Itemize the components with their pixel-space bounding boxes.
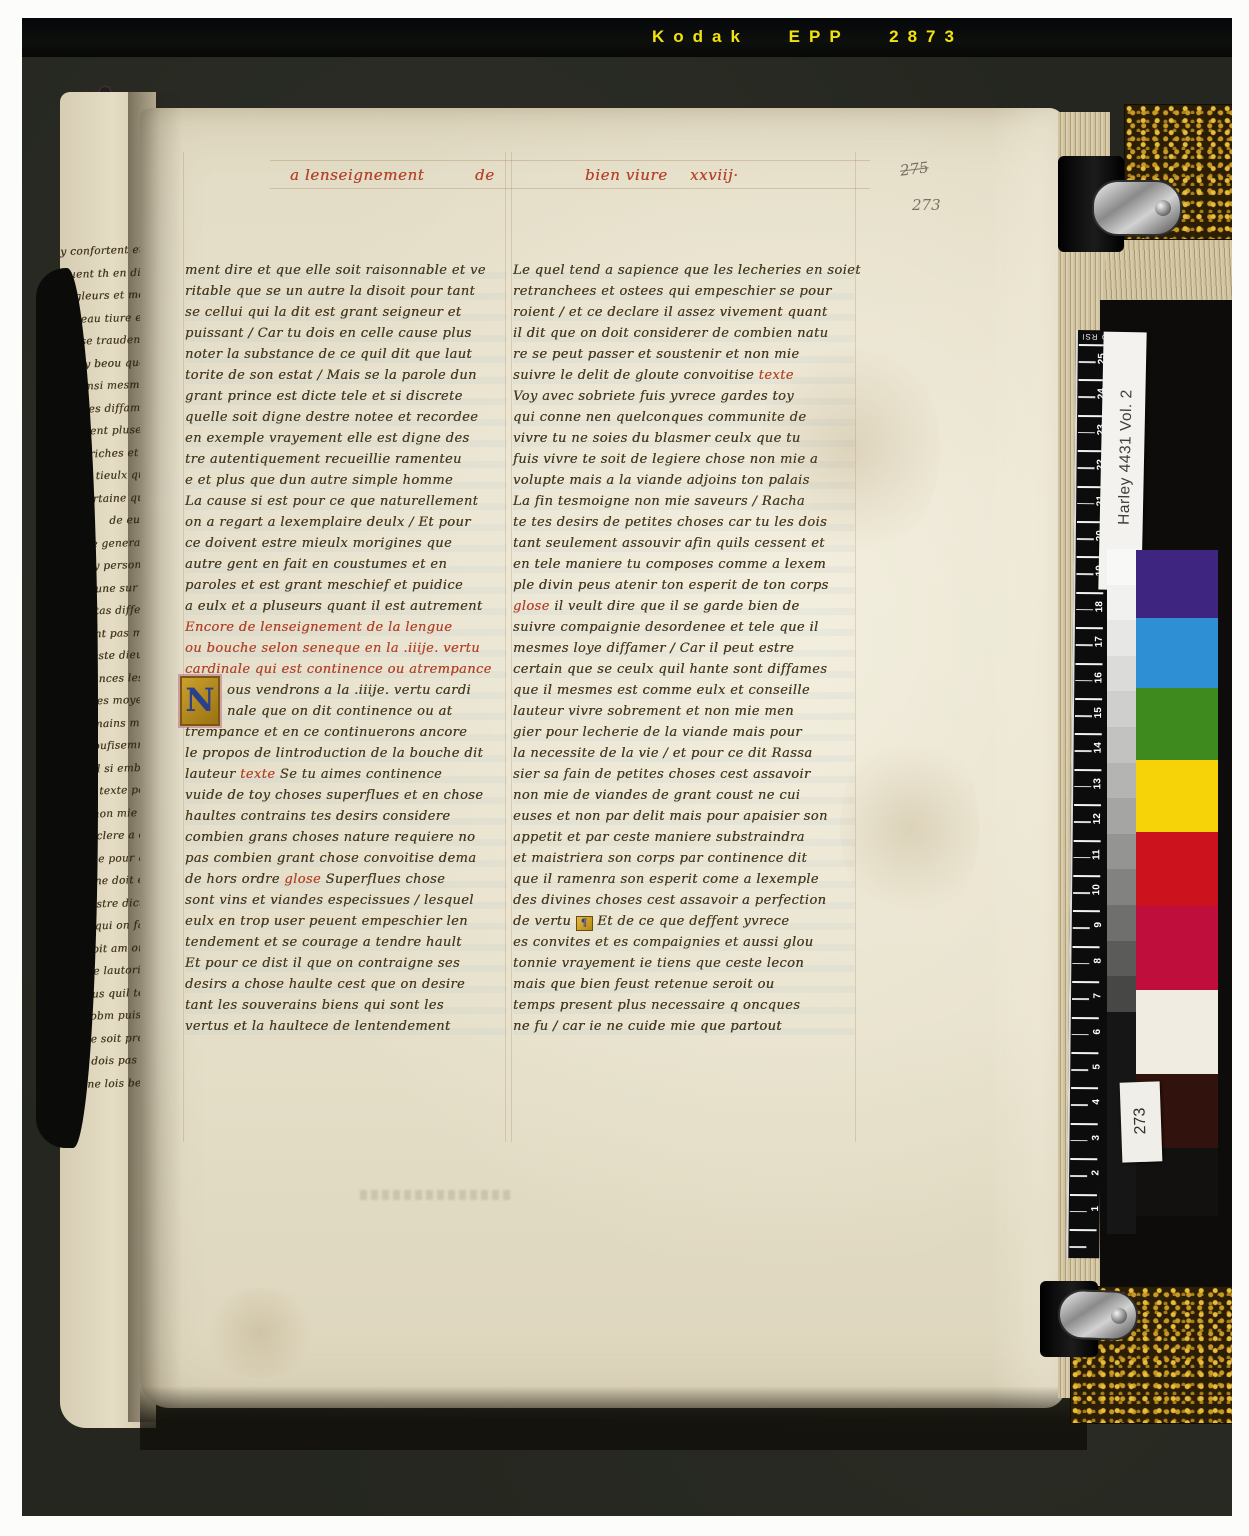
script-text: le propos de lintroduction de la bouche … — [185, 746, 483, 761]
color-patch-crimson — [1136, 906, 1218, 990]
ruler-number: 15 — [1093, 707, 1104, 718]
ruler-cm-mark: 13 — [1073, 769, 1104, 805]
manuscript-line: le propos de lintroduction de la bouche … — [185, 743, 507, 764]
manuscript-line: autre gent en fait en coustumes et en — [185, 554, 507, 575]
ruler-cm-mark: 12 — [1073, 804, 1104, 840]
script-text: se cellui qui la dit est grant seigneur … — [185, 305, 461, 320]
script-text: puissant / Car tu dois en celle cause pl… — [185, 326, 472, 341]
manuscript-line: tant les souverains biens qui sont les — [185, 995, 507, 1016]
page-bottom-shadow — [140, 1386, 1087, 1450]
script-text: il veult dire que il se garde bien de — [550, 599, 800, 614]
manuscript-line: trempance et en ce continuerons ancore — [185, 722, 507, 743]
script-text: combien grans choses nature requiere no — [185, 830, 475, 845]
color-patch-yellow — [1136, 760, 1218, 832]
manuscript-line: La cause si est pour ce que naturellemen… — [185, 491, 507, 512]
rubric-text: texte — [240, 767, 275, 782]
script-text: sont vins et viandes especissues / lesqu… — [185, 893, 474, 908]
ruler-number: 2 — [1091, 1170, 1102, 1176]
manuscript-line: e et plus que dun autre simple homme — [185, 470, 507, 491]
rubric-text: Encore de lenseignement de la lengue — [185, 620, 452, 635]
script-text: et maistriera son corps par continence d… — [513, 851, 807, 866]
ruler-cm-mark: 17 — [1075, 627, 1106, 663]
script-text: Et pour ce dist il que on contraigne ses — [185, 956, 460, 971]
script-text: lauteur vivre sobrement et non mie men — [513, 704, 794, 719]
script-text: ritable que se un autre la disoit pour t… — [185, 284, 475, 299]
script-text: grant prince est dicte tele et si discre… — [185, 389, 463, 404]
manuscript-line: glose il veult dire que il se garde bien… — [513, 596, 855, 617]
script-text: re se peut passer et soustenir et non mi… — [513, 347, 799, 362]
manuscript-line: Le quel tend a sapience que les lecherie… — [513, 260, 855, 281]
parchment-stain — [200, 1288, 320, 1378]
gray-step — [1107, 869, 1136, 905]
running-header-part1: a lenseignement — [290, 166, 424, 184]
manuscript-photograph: Kodak EPP 2873 es y confortent et lesmoq… — [0, 0, 1249, 1536]
film-strip-label: Kodak EPP 2873 — [652, 27, 963, 47]
manuscript-line: roient / et ce declare il assez vivement… — [513, 302, 855, 323]
photo-area: Kodak EPP 2873 es y confortent et lesmoq… — [22, 18, 1232, 1516]
ruler-cm-mark: 9 — [1072, 910, 1103, 946]
manuscript-line: grant prince est dicte tele et si discre… — [185, 386, 507, 407]
script-text: ous vendrons a la .iiije. vertu cardi — [227, 683, 471, 698]
ruler-number: 3 — [1091, 1135, 1102, 1141]
gray-step — [1107, 691, 1136, 727]
manuscript-line: Encore de lenseignement de la lengue — [185, 617, 507, 638]
script-text: La cause si est pour ce que naturellemen… — [185, 494, 478, 509]
script-text: torite de son estat / Mais se la parole … — [185, 368, 477, 383]
script-text: es convites et es compaignies et aussi g… — [513, 935, 813, 950]
manuscript-line: quelle soit digne destre notee et record… — [185, 407, 507, 428]
manuscript-line: la necessite de la vie / et pour ce dit … — [513, 743, 855, 764]
manuscript-line: noter la substance de ce quil dit que la… — [185, 344, 507, 365]
parchment-stain — [840, 728, 980, 928]
manuscript-line: tendement et se courage a tendre hault — [185, 932, 507, 953]
script-text: Et de ce que deffent yvrece — [593, 914, 790, 929]
script-text: il dit que on doit considerer de combien… — [513, 326, 828, 341]
binder-clip-top-handle — [1092, 180, 1182, 236]
script-text: noter la substance de ce quil dit que la… — [185, 347, 472, 362]
running-header-part4: xxviij· — [690, 166, 739, 184]
script-text: tant seulement assouvir afin quils cesse… — [513, 536, 825, 551]
manuscript-line: il dit que on doit considerer de combien… — [513, 323, 855, 344]
manuscript-line: euses et non par delit mais pour apaisie… — [513, 806, 855, 827]
script-text: tendement et se courage a tendre hault — [185, 935, 462, 950]
ruler-cm-mark: 2 — [1069, 1158, 1100, 1194]
manuscript-line: ple divin peus atenir ton esperit de ton… — [513, 575, 855, 596]
ruling-line — [855, 152, 856, 1142]
color-patch-purple — [1136, 550, 1218, 618]
folio-tag-text: 273 — [1131, 1081, 1152, 1162]
script-text: Se tu aimes continence — [275, 767, 442, 782]
script-text: nale que on dit continence ou at — [227, 704, 452, 719]
script-text: tant les souverains biens qui sont les — [185, 998, 444, 1013]
script-text: ment dire et que elle soit raisonnable e… — [185, 263, 486, 278]
ruler-number: 10 — [1091, 884, 1102, 895]
manuscript-line: desirs a chose haulte cest que on desire — [185, 974, 507, 995]
gray-step — [1107, 585, 1136, 621]
manuscript-line: ce doivent estre mieulx morigines que — [185, 533, 507, 554]
script-text: la necessite de la vie / et pour ce dit … — [513, 746, 812, 761]
manuscript-line: en tele maniere tu composes comme a lexe… — [513, 554, 855, 575]
ruler-cm-mark: 18 — [1075, 592, 1106, 628]
parchment-stain — [760, 328, 940, 568]
manuscript-line: combien grans choses nature requiere no — [185, 827, 507, 848]
script-text: euses et non par delit mais pour apaisie… — [513, 809, 828, 824]
script-text: suivre le delit de gloute convoitise — [513, 368, 759, 383]
ruler-number: 14 — [1093, 743, 1104, 754]
shadow-wedge — [36, 268, 98, 1148]
ruler-cm-mark: 16 — [1074, 663, 1105, 699]
manuscript-line: vuide de toy choses superflues et en cho… — [185, 785, 507, 806]
script-text: autre gent en fait en coustumes et en — [185, 557, 447, 572]
ruler-number: 17 — [1094, 636, 1105, 647]
script-text: vertus et la haultece de lentendement — [185, 1019, 451, 1034]
manuscript-line: eulx en trop user peuent empeschier len — [185, 911, 507, 932]
ruler-number: 13 — [1092, 778, 1103, 789]
manuscript-line: que il mesmes est comme eulx et conseill… — [513, 680, 855, 701]
script-text: on a regart a lexemplaire deulx / Et pou… — [185, 515, 471, 530]
running-header-part3: bien viure — [585, 166, 668, 184]
rubric-text: glose — [284, 872, 321, 887]
script-text: desirs a chose haulte cest que on desire — [185, 977, 465, 992]
ruler-number: 12 — [1092, 813, 1103, 824]
script-text: ne fu / car ie ne cuide mie que partout — [513, 1019, 782, 1034]
manuscript-line: de hors ordre glose Superflues chose — [185, 869, 507, 890]
grayscale-wedge — [1107, 549, 1136, 1012]
folio-tag-label: 273 — [1120, 1081, 1163, 1162]
ruler-number: 9 — [1093, 922, 1104, 928]
ruler-cm-mark: 1 — [1069, 1194, 1100, 1230]
rubric-text: glose — [513, 599, 550, 614]
manuscript-line: lauteur texte Se tu aimes continence — [185, 764, 507, 785]
script-text: pas combien grant chose convoitise dema — [185, 851, 476, 866]
ruler-cm-mark: 3 — [1069, 1123, 1100, 1159]
script-text: non mie de viandes de grant coust ne cui — [513, 788, 800, 803]
script-text: lauteur — [185, 767, 240, 782]
script-text: appetit et par ceste maniere substraindr… — [513, 830, 805, 845]
ruling-line — [511, 152, 512, 1142]
ruler-number: 8 — [1093, 958, 1104, 964]
script-text: vivre tu ne soies du blasmer ceulx que t… — [513, 431, 801, 446]
script-text: de vertu — [513, 914, 576, 929]
ruler-cm-mark: 4 — [1070, 1087, 1101, 1123]
gray-step — [1107, 763, 1136, 799]
manuscript-line: sont vins et viandes especissues / lesqu… — [185, 890, 507, 911]
ruler-cm-mark: 5 — [1070, 1052, 1101, 1088]
ruling-line — [270, 188, 870, 189]
script-text: de hors ordre — [185, 872, 284, 887]
ruler-number: 5 — [1092, 1064, 1103, 1070]
script-text: vuide de toy choses superflues et en cho… — [185, 788, 483, 803]
manuscript-line: on a regart a lexemplaire deulx / Et pou… — [185, 512, 507, 533]
manuscript-line: et maistriera son corps par continence d… — [513, 848, 855, 869]
ruler-cm-mark — [1068, 1229, 1099, 1265]
running-header-part2: de — [475, 166, 495, 184]
script-text: La fin tesmoigne non mie saveurs / Racha — [513, 494, 805, 509]
manuscript-line: tre autentiquement recueillie ramenteu — [185, 449, 507, 470]
gray-step — [1107, 727, 1136, 763]
manuscript-line: pas combien grant chose convoitise dema — [185, 848, 507, 869]
ruler-number: 11 — [1092, 849, 1103, 860]
manuscript-line: lauteur vivre sobrement et non mie men — [513, 701, 855, 722]
illuminated-initial: N — [180, 676, 220, 726]
manuscript-line: puissant / Car tu dois en celle cause pl… — [185, 323, 507, 344]
script-text: temps present plus necessaire q oncques — [513, 998, 800, 1013]
gray-step — [1107, 656, 1136, 692]
color-patch-white — [1136, 990, 1218, 1074]
manuscript-line: sier sa fain de petites choses cest assa… — [513, 764, 855, 785]
ruler-cm-mark: 11 — [1072, 840, 1103, 876]
script-text: Voy avec sobriete fuis yvrece gardes toy — [513, 389, 794, 404]
manuscript-line: des divines choses cest assavoir a perfe… — [513, 890, 855, 911]
ruler-number: 7 — [1093, 993, 1104, 999]
manuscript-line: gier pour lecherie de la viande mais pou… — [513, 722, 855, 743]
script-text: tre autentiquement recueillie ramenteu — [185, 452, 462, 467]
ruler-number: 4 — [1092, 1099, 1103, 1105]
manuscript-line: suivre compaignie desordenee et tele que… — [513, 617, 855, 638]
manuscript-line: haultes contrains tes desirs considere — [185, 806, 507, 827]
gutter-shadow — [128, 92, 182, 1422]
script-text: que il ramenra son esperit come a lexemp… — [513, 872, 819, 887]
gray-step — [1107, 620, 1136, 656]
gray-step — [1107, 834, 1136, 870]
script-text: des divines choses cest assavoir a perfe… — [513, 893, 826, 908]
manuscript-line: mesmes loye diffamer / Car il peut estre — [513, 638, 855, 659]
manuscript-line: certain que se ceulx quil hante sont dif… — [513, 659, 855, 680]
script-text: e et plus que dun autre simple homme — [185, 473, 453, 488]
script-text: haultes contrains tes desirs considere — [185, 809, 450, 824]
script-text: paroles et est grant meschief et puidice — [185, 578, 463, 593]
manuscript-line: cardinale qui est continence ou atrempan… — [185, 659, 507, 680]
gold-paragraph-mark: ¶ — [576, 916, 593, 931]
manuscript-line: nale que on dit continence ou at — [185, 701, 507, 722]
manuscript-line: ritable que se un autre la disoit pour t… — [185, 281, 507, 302]
ruling-line — [183, 152, 184, 1142]
script-text: ple divin peus atenir ton esperit de ton… — [513, 578, 829, 593]
rubric-text: cardinale qui est continence ou atrempan… — [185, 662, 492, 677]
manuscript-column-left: ment dire et que elle soit raisonnable e… — [185, 260, 507, 1041]
folio-number-crossed: 275 — [899, 158, 930, 179]
script-text: Le quel tend a sapience que les lecherie… — [513, 263, 861, 278]
film-strip-bar: Kodak EPP 2873 — [22, 18, 1232, 57]
manuscript-line: Et pour ce dist il que on contraigne ses — [185, 953, 507, 974]
faint-pencil-inscription — [360, 1190, 510, 1200]
manuscript-line: de vertu ¶ Et de ce que deffent yvrece — [513, 911, 855, 932]
ruler-cm-mark: 7 — [1071, 981, 1102, 1017]
shelfmark-text: Harley 4431 Vol. 2 — [1115, 337, 1138, 577]
ruler-cm-mark: 6 — [1070, 1017, 1101, 1053]
manuscript-line: vertus et la haultece de lentendement — [185, 1016, 507, 1037]
ruler-cm-mark: 8 — [1071, 946, 1102, 982]
script-text: eulx en trop user peuent empeschier len — [185, 914, 468, 929]
ruler-cm-mark: 10 — [1072, 875, 1103, 911]
manuscript-line: en exemple vrayement elle est digne des — [185, 428, 507, 449]
manuscript-line: non mie de viandes de grant coust ne cui — [513, 785, 855, 806]
script-text: certain que se ceulx quil hante sont dif… — [513, 662, 827, 677]
gray-step — [1107, 905, 1136, 941]
manuscript-line: se cellui qui la dit est grant seigneur … — [185, 302, 507, 323]
manuscript-line: appetit et par ceste maniere substraindr… — [513, 827, 855, 848]
script-text: sier sa fain de petites choses cest assa… — [513, 767, 811, 782]
gray-step — [1107, 976, 1136, 1012]
gray-step — [1107, 549, 1136, 585]
script-text: gier pour lecherie de la viande mais pou… — [513, 725, 802, 740]
manuscript-line: retranchees et ostees qui empeschier se … — [513, 281, 855, 302]
color-patch-red — [1136, 832, 1218, 906]
color-patch-blue — [1136, 618, 1218, 688]
manuscript-line: ous vendrons a la .iiije. vertu cardi — [185, 680, 507, 701]
manuscript-line: mais que bien feust retenue seroit ou — [513, 974, 855, 995]
script-text: ce doivent estre mieulx morigines que — [185, 536, 452, 551]
script-text: quelle soit digne destre notee et record… — [185, 410, 478, 425]
binder-clip-bottom-handle — [1057, 1289, 1139, 1342]
script-text: Superflues chose — [321, 872, 445, 887]
script-text: en tele maniere tu composes comme a lexe… — [513, 557, 826, 572]
script-text: retranchees et ostees qui empeschier se … — [513, 284, 832, 299]
script-text: mesmes loye diffamer / Car il peut estre — [513, 641, 794, 656]
manuscript-line: que il ramenra son esperit come a lexemp… — [513, 869, 855, 890]
script-text: mais que bien feust retenue seroit ou — [513, 977, 774, 992]
manuscript-line: temps present plus necessaire q oncques — [513, 995, 855, 1016]
script-text: tonnie vrayement ie tiens que ceste leco… — [513, 956, 804, 971]
ruling-line — [270, 160, 870, 161]
folio-number: 273 — [912, 196, 941, 214]
ruler-number: 16 — [1093, 672, 1104, 683]
script-text: a eulx et a pluseurs quant il est autrem… — [185, 599, 483, 614]
manuscript-line: paroles et est grant meschief et puidice — [185, 575, 507, 596]
manuscript-line: tonnie vrayement ie tiens que ceste leco… — [513, 953, 855, 974]
ruler-number: 6 — [1092, 1029, 1103, 1035]
ruler-cm-mark: 15 — [1074, 698, 1105, 734]
manuscript-line: ment dire et que elle soit raisonnable e… — [185, 260, 507, 281]
script-text: en exemple vrayement elle est digne des — [185, 431, 470, 446]
manuscript-line: a eulx et a pluseurs quant il est autrem… — [185, 596, 507, 617]
gray-step — [1107, 798, 1136, 834]
manuscript-line: ou bouche selon seneque en la .iiije. ve… — [185, 638, 507, 659]
script-text: roient / et ce declare il assez vivement… — [513, 305, 827, 320]
ruler-number: 18 — [1094, 601, 1105, 612]
manuscript-page: a lenseignement de bien viure xxviij· 27… — [140, 108, 1065, 1408]
script-text: trempance et en ce continuerons ancore — [185, 725, 467, 740]
gray-step — [1107, 941, 1136, 977]
rubric-text: ou bouche selon seneque en la .iiije. ve… — [185, 641, 480, 656]
manuscript-line: ne fu / car ie ne cuide mie que partout — [513, 1016, 855, 1037]
ruler-number: 1 — [1090, 1206, 1101, 1212]
manuscript-line: es convites et es compaignies et aussi g… — [513, 932, 855, 953]
script-text: que il mesmes est comme eulx et conseill… — [513, 683, 810, 698]
ruler-cm-mark: 14 — [1073, 733, 1104, 769]
color-patch-green — [1136, 688, 1218, 760]
script-text: suivre compaignie desordenee et tele que… — [513, 620, 819, 635]
manuscript-line: torite de son estat / Mais se la parole … — [185, 365, 507, 386]
